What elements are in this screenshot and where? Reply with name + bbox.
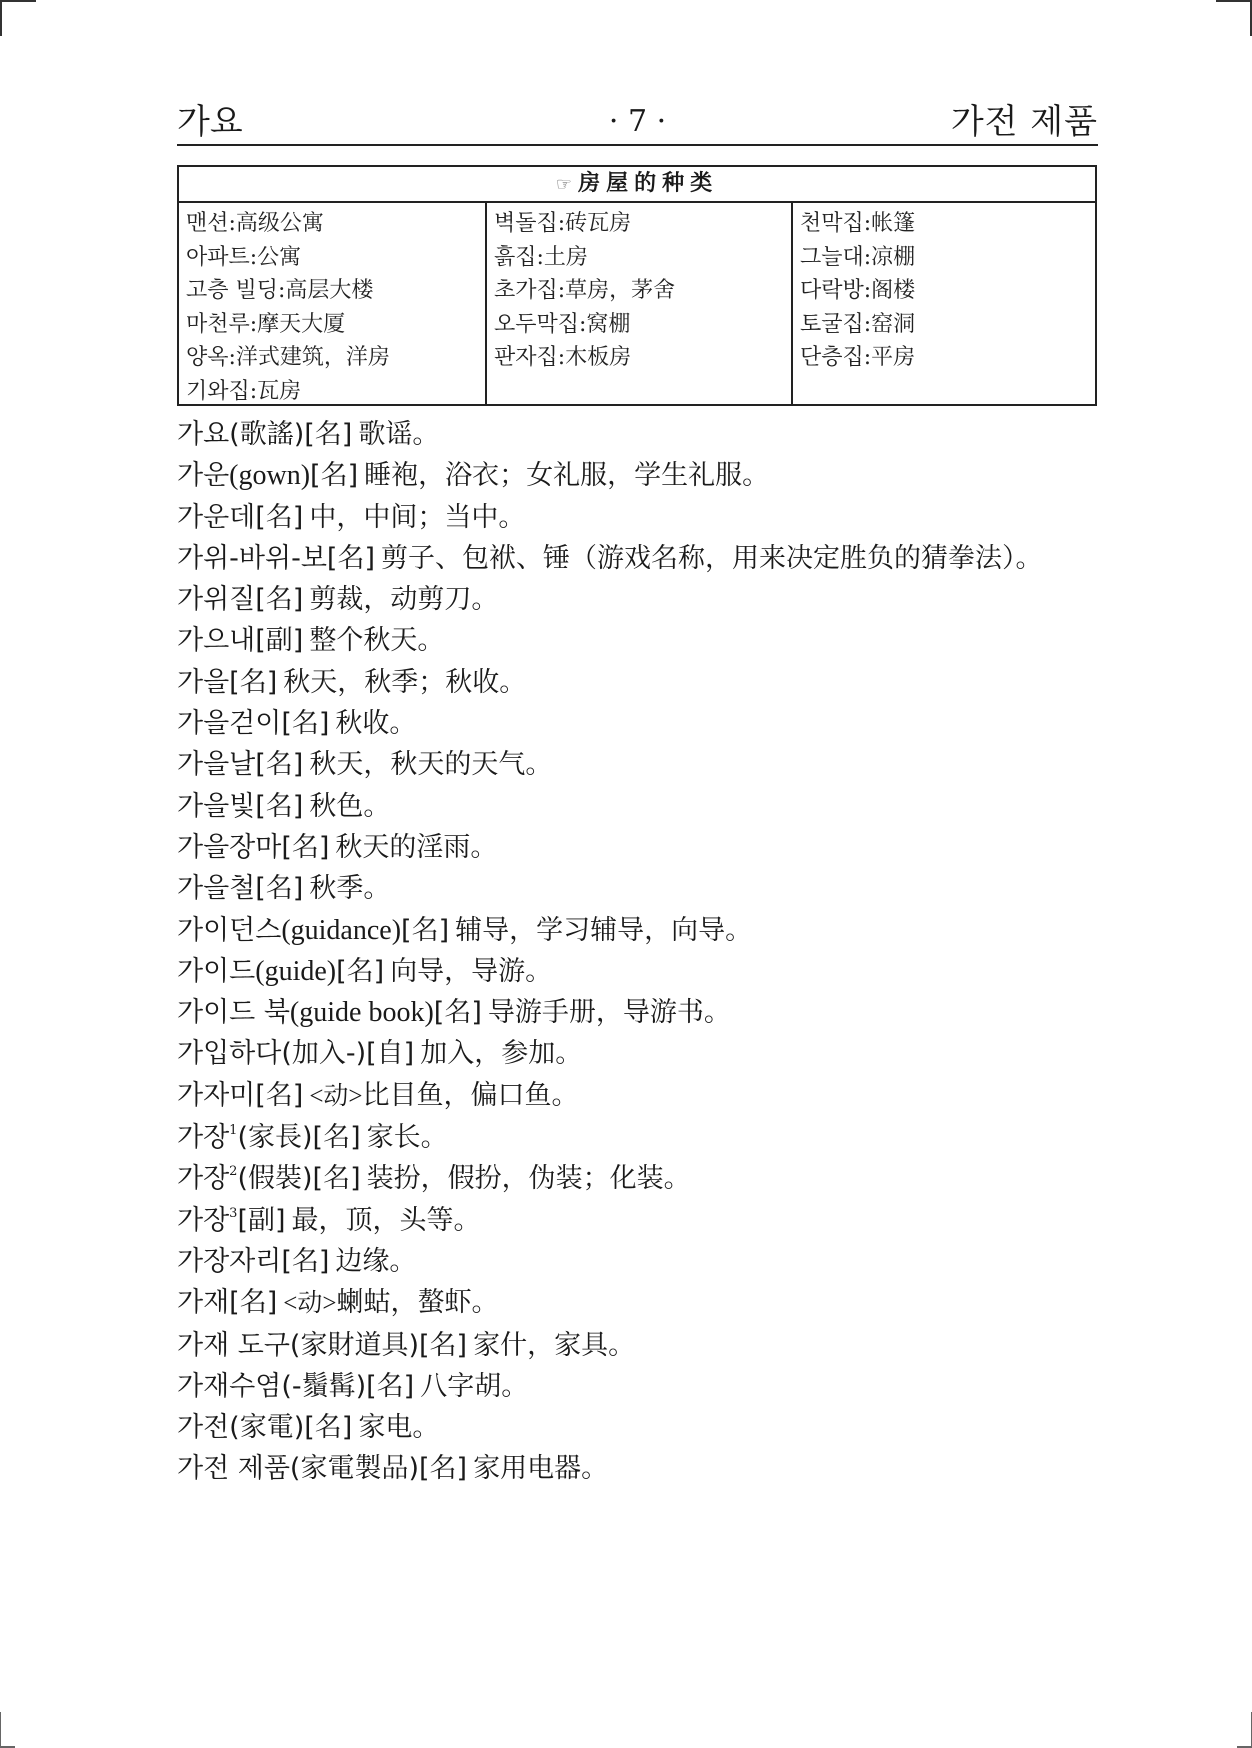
entry-part-of-speech: [名] [327,543,375,574]
entry-part-of-speech: [名] [229,1287,277,1318]
dictionary-entry: 가을철[名]秋季。 [177,868,1102,909]
entry-origin: (加入-) [281,1038,366,1069]
dictionary-entry: 가장2(假裝)[名]装扮，假扮，伪装；化装。 [177,1158,1102,1199]
info-item: 오두막집:窝棚 [494,308,791,342]
entry-headword: 가이드 북 [177,997,290,1028]
entry-headword: 가위질 [177,584,255,615]
entry-part-of-speech: [名] [419,1330,467,1361]
info-item: 기와집:瓦房 [186,375,485,409]
info-box-title: ☞房屋的种类 [179,167,1095,203]
entry-part-of-speech: [名] [304,419,352,450]
dictionary-entry: 가전(家電)[名]家电。 [177,1407,1102,1448]
dictionary-entry: 가이드(guide)[名]向导，导游。 [177,951,1102,992]
entry-part-of-speech: [名] [310,460,358,491]
entry-origin: (歌謠) [229,419,304,450]
entry-headword: 가재 도구 [177,1330,290,1361]
entry-definition: 最，顶，头等。 [292,1205,481,1236]
entry-part-of-speech: [名] [366,1371,414,1402]
entry-definition: 导游手册，导游书。 [488,997,731,1028]
entry-definition: 向导，导游。 [390,956,552,987]
entry-definition: 家电。 [358,1412,439,1443]
info-column-2: 벽돌집:砖瓦房 흙집:土房 초가집:草房，茅舍 오두막집:窝棚 판자집:木板房 [485,203,791,404]
entry-headword: 가이던스 [177,915,281,946]
pointing-hand-icon: ☞ [556,174,572,195]
dictionary-entry: 가이드 북(guide book)[名]导游手册，导游书。 [177,992,1102,1033]
crop-mark-top-left [0,0,36,2]
entry-part-of-speech: [名] [419,1453,467,1484]
dictionary-entry: 가장자리[名]边缘。 [177,1241,1102,1282]
dictionary-entry: 가을빛[名]秋色。 [177,786,1102,827]
entry-definition: 整个秋天。 [309,625,444,656]
entry-headword: 가이드 [177,956,255,987]
dictionary-entry: 가운데[名]中，中间；当中。 [177,497,1102,538]
entry-definition: 秋季。 [309,873,390,904]
right-guide-word: 가전 제품 [951,102,1098,142]
dictionary-entry: 가자미[名]<动>比目鱼，偏口鱼。 [177,1075,1102,1117]
dictionary-entry: 가을걷이[名]秋收。 [177,703,1102,744]
entry-origin: (家長) [237,1122,312,1153]
info-item: 마천루:摩天大厦 [186,308,485,342]
dictionary-entry: 가재[名]<动>蝲蛄，螯虾。 [177,1282,1102,1324]
entry-part-of-speech: [名] [255,584,303,615]
entry-definition: 秋收。 [335,708,416,739]
info-column-1: 맨션:高级公寓 아파트:公寓 고층 빌딩:高层大楼 마천루:摩天大厦 양옥:洋式… [179,203,485,404]
entry-part-of-speech: [名] [304,1412,352,1443]
info-item: 토굴집:窑洞 [800,308,1095,342]
dictionary-entry: 가을[名]秋天，秋季；秋收。 [177,662,1102,703]
entry-headword: 가을빛 [177,791,255,822]
dictionary-entry: 가요(歌謠)[名]歌谣。 [177,414,1102,455]
entry-part-of-speech: [名] [313,1122,361,1153]
entry-origin: (-鬚髯) [281,1371,366,1402]
entry-part-of-speech: [名] [255,749,303,780]
entry-part-of-speech: [名] [281,708,329,739]
entry-headword: 가을철 [177,873,255,904]
entry-part-of-speech: [名] [281,1246,329,1277]
entry-origin: (家電) [229,1412,304,1443]
info-column-3: 천막집:帐篷 그늘대:凉棚 다락방:阁楼 토굴집:窑洞 단층집:平房 [791,203,1095,404]
entry-part-of-speech: [名] [255,873,303,904]
entry-headword: 가입하다 [177,1038,281,1069]
info-item: 천막집:帐篷 [800,207,1095,241]
entry-definition: 家长。 [367,1122,448,1153]
info-box-title-text: 房屋的种类 [578,171,718,196]
dictionary-entry: 가위질[名]剪裁，动剪刀。 [177,579,1102,620]
entry-part-of-speech: [名] [255,502,303,533]
entry-part-of-speech: [副] [255,625,303,656]
entry-headword: 가운 [177,460,229,491]
entry-part-of-speech: [名] [255,791,303,822]
entry-definition: 秋天的淫雨。 [335,832,497,863]
entry-part-of-speech: [名] [434,997,482,1028]
entry-definition: 家用电器。 [473,1453,608,1484]
dictionary-entry: 가재 도구(家財道具)[名]家什，家具。 [177,1325,1102,1366]
entry-headword: 가위-바위-보 [177,543,327,574]
entry-definition: 剪裁，动剪刀。 [309,584,498,615]
running-header: 가요 · 7 · 가전 제품 [177,100,1098,146]
entry-part-of-speech: [自] [366,1038,414,1069]
dictionary-entry: 가이던스(guidance)[名]辅导，学习辅导，向导。 [177,910,1102,951]
entry-headword: 가을 [177,667,229,698]
info-item: 맨션:高级公寓 [186,207,485,241]
dictionary-entry: 가운(gown)[名]睡袍，浴衣；女礼服，学生礼服。 [177,455,1102,496]
entry-part-of-speech: [副] [237,1205,285,1236]
entry-part-of-speech: [名] [281,832,329,863]
entry-origin: (gown) [229,460,310,491]
dictionary-entry: 가장1(家長)[名]家长。 [177,1117,1102,1158]
dictionary-entry: 가재수염(-鬚髯)[名]八字胡。 [177,1366,1102,1407]
dictionary-entry: 가위-바위-보[名]剪子、包袱、锤（游戏名称，用来决定胜负的猜拳法）。 [177,538,1102,579]
dictionary-entry: 가전 제품(家電製品)[名]家用电器。 [177,1448,1102,1489]
info-item: 흙집:土房 [494,241,791,275]
dictionary-entry: 가장3[副]最，顶，头等。 [177,1200,1102,1241]
entry-headword: 가장 [177,1122,229,1153]
entry-field-label: <动> [283,1290,336,1317]
entry-part-of-speech: [名] [229,667,277,698]
entry-definition: 辅导，学习辅导，向导。 [455,915,752,946]
entry-origin: (guidance) [281,915,401,946]
entry-part-of-speech: [名] [313,1163,361,1194]
entry-definition: 中，中间；当中。 [309,502,525,533]
info-item: 고층 빌딩:高层大楼 [186,274,485,308]
entry-field-label: <动> [309,1083,362,1110]
entry-part-of-speech: [名] [336,956,384,987]
entry-headword: 가으내 [177,625,255,656]
entry-definition: 边缘。 [335,1246,416,1277]
info-item: 초가집:草房，茅舍 [494,274,791,308]
entry-origin: (guide book) [290,997,434,1028]
entry-headword: 가운데 [177,502,255,533]
entry-origin: (家電製品) [290,1453,419,1484]
dictionary-entry: 가을장마[名]秋天的淫雨。 [177,827,1102,868]
info-box-columns: 맨션:高级公寓 아파트:公寓 고층 빌딩:高层大楼 마천루:摩天大厦 양옥:洋式… [179,203,1095,404]
entry-origin: (假裝) [237,1163,312,1194]
info-item: 그늘대:凉棚 [800,241,1095,275]
entry-definition: 蝲蛄，螯虾。 [336,1287,498,1318]
dictionary-entry: 가입하다(加入-)[自]加入，参加。 [177,1033,1102,1074]
entry-headword: 가자미 [177,1080,255,1111]
crop-mark-top-right [1216,0,1252,2]
info-item: 단층집:平房 [800,341,1095,375]
entry-definition: 秋天，秋季；秋收。 [283,667,526,698]
entry-definition: 秋色。 [309,791,390,822]
entry-headword: 가장 [177,1163,229,1194]
entry-origin: (guide) [255,956,336,987]
entry-definition: 比目鱼，偏口鱼。 [363,1080,579,1111]
crop-mark-top-left [0,0,2,36]
info-item: 아파트:公寓 [186,241,485,275]
entry-headword: 가요 [177,419,229,450]
entry-part-of-speech: [名] [255,1080,303,1111]
entry-headword: 가전 제품 [177,1453,290,1484]
entry-headword: 가장 [177,1205,229,1236]
dictionary-entries: 가요(歌謠)[名]歌谣。가운(gown)[名]睡袍，浴衣；女礼服，学生礼服。가운… [177,414,1102,1490]
entry-definition: 秋天，秋天的天气。 [309,749,552,780]
entry-definition: 家什，家具。 [473,1330,635,1361]
dictionary-entry: 가을날[名]秋天，秋天的天气。 [177,744,1102,785]
entry-definition: 歌谣。 [358,419,439,450]
entry-headword: 가장자리 [177,1246,281,1277]
entry-headword: 가을날 [177,749,255,780]
info-item: 다락방:阁楼 [800,274,1095,308]
info-item: 양옥:洋式建筑，洋房 [186,341,485,375]
entry-headword: 가전 [177,1412,229,1443]
entry-headword: 가을장마 [177,832,281,863]
entry-headword: 가을걷이 [177,708,281,739]
entry-headword: 가재수염 [177,1371,281,1402]
entry-definition: 剪子、包袱、锤（游戏名称，用来决定胜负的猜拳法）。 [381,543,1043,574]
entry-part-of-speech: [名] [401,915,449,946]
entry-definition: 八字胡。 [420,1371,528,1402]
entry-origin: (家財道具) [290,1330,419,1361]
info-item: 벽돌집:砖瓦房 [494,207,791,241]
entry-definition: 加入，参加。 [420,1038,582,1069]
entry-definition: 装扮，假扮，伪装；化装。 [367,1163,691,1194]
info-item: 판자집:木板房 [494,341,791,375]
dictionary-entry: 가으내[副]整个秋天。 [177,620,1102,661]
crop-mark-bottom-left [0,1712,1,1748]
info-box-house-types: ☞房屋的种类 맨션:高级公寓 아파트:公寓 고층 빌딩:高层大楼 마천루:摩天大… [177,165,1097,406]
entry-headword: 가재 [177,1287,229,1318]
entry-definition: 睡袍，浴衣；女礼服，学生礼服。 [364,460,769,491]
